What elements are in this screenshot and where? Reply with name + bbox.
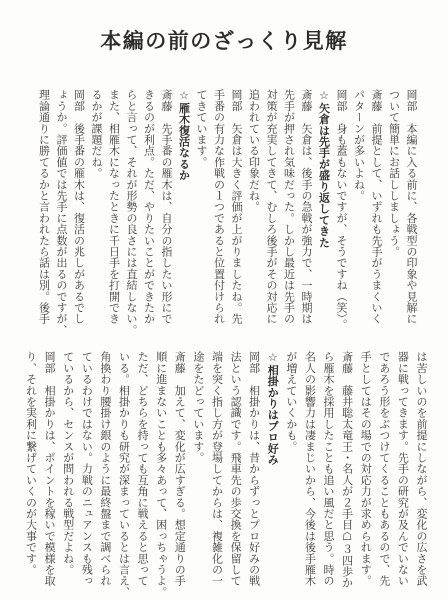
text-line: 角換わり腰掛け銀のように最終盤まで調べられ [95, 351, 114, 599]
text-line: きるのが利点。ただ、やりたいことができたか [140, 89, 158, 341]
text-line: 対策が充実してきて、むしろ後手がその対応に [263, 89, 281, 341]
text-line: り、それを実利に繋げていくのが大事です。 [21, 351, 40, 599]
text-line: 順に進まないことも多々あって、困っちゃうよ。 [151, 351, 170, 599]
text-line: 斎藤 前提として、いずれも先手がうまくいく [368, 89, 386, 341]
text-line: ょうか。評価値では先手に点数が出るのですが、 [53, 89, 71, 341]
upper-text-block: 岡部 本編に入る前に、各戦型の印象や見解について簡単にお話ししましょう。斎藤 前… [32, 89, 420, 341]
text-line: 斎藤 藤井聡太竜王・名人が２手目☖３四歩か [337, 351, 356, 599]
text-line: 手番の有力な作戦の１つであると位置付けられ [210, 89, 228, 341]
text-line: 器に戦ってきます。先手の研究が及んでいない [393, 351, 412, 599]
text-line: 岡部 身も蓋もないですが、そうですね（笑）。 [333, 89, 351, 341]
text-line: また、相雁木になったときに千日手を打開でき [105, 89, 123, 341]
text-line: パターンが多いよね。 [350, 89, 368, 341]
text-line: 途をたどっています。 [188, 351, 207, 599]
text-line: ているわけではない。力戦のニュアンスも残っ [77, 351, 96, 599]
text-line: 岡部 矢倉は大きく評価が上がりましたね。先 [228, 89, 246, 341]
text-line: 理論通りに勝てるかと言われたら話は別。後手 [35, 89, 53, 341]
text-line: ただ、どちらを持っても互角に戦えると思って [133, 351, 152, 599]
text-line: 斎藤 加えて、変化が広すぎる。想定通りの手 [170, 351, 189, 599]
text-line: 斎藤 矢倉は、後手の急戦が強力で、一時期は [298, 89, 316, 341]
text-line: 岡部 相掛かりは、ポイントを稼いで模様を取 [40, 351, 59, 599]
text-line: ているから、センスが問われる戦型だよね。 [58, 351, 77, 599]
text-line: ら雁木を採用したことも追い風だと思う。時の [318, 351, 337, 599]
text-line: であろう形をぶつけてくることもあるので、先 [374, 351, 393, 599]
text-line: 岡部 本編に入る前に、各戦型の印象や見解に [403, 89, 421, 341]
text-line: らと言って、それが形勢の良さには直結しない。 [123, 89, 141, 341]
text-line: ついて簡単にお話ししましょう。 [385, 89, 403, 341]
text-line: は苦しいのを前提にしながら、変化の広さを武 [411, 351, 430, 599]
text-line: 斎藤 先手番の雁木は、自分の指したい形にで [158, 89, 176, 341]
text-line: るかが課題だね。 [88, 89, 106, 341]
text-line: 岡部 相掛かりは、昔からずっとプロ好みの戦 [244, 351, 263, 599]
text-line: いる。相掛かりも研究が深まっているとは言え、 [114, 351, 133, 599]
page-title: 本編の前のざっくり見解 [0, 25, 448, 55]
lower-text-block: は苦しいのを前提にしながら、変化の広さを武器に戦ってきます。先手の研究が及んでい… [18, 351, 430, 599]
section-heading: ☆矢倉は先手が盛り返してきた [315, 89, 333, 341]
section-heading: ☆相掛かりはプロ好み [263, 351, 282, 599]
text-line: 先手が押され気味だった。しかし最近は先手の [280, 89, 298, 341]
text-line: 追われている印象だね。 [245, 89, 263, 341]
text-line: 名人の影響力は凄まじいから、今後は後手雁木 [300, 351, 319, 599]
text-line: てきています。 [193, 89, 211, 341]
text-line: 端を突く指し方が登場してからは、複雑化の一 [207, 351, 226, 599]
section-heading: ☆雁木復活なるか [175, 89, 193, 341]
text-line: 岡部 後手番の雁木は、復活の兆しがあるでし [70, 89, 88, 341]
book-page: 本編の前のざっくり見解 岡部 本編に入る前に、各戦型の印象や見解について簡単にお… [0, 0, 448, 600]
text-line: 手としてはその場での対応力が求められます。 [356, 351, 375, 599]
text-line: 法という認識です。飛車先の歩交換を保留して [225, 351, 244, 599]
text-line: が増えていくかも。 [281, 351, 300, 599]
